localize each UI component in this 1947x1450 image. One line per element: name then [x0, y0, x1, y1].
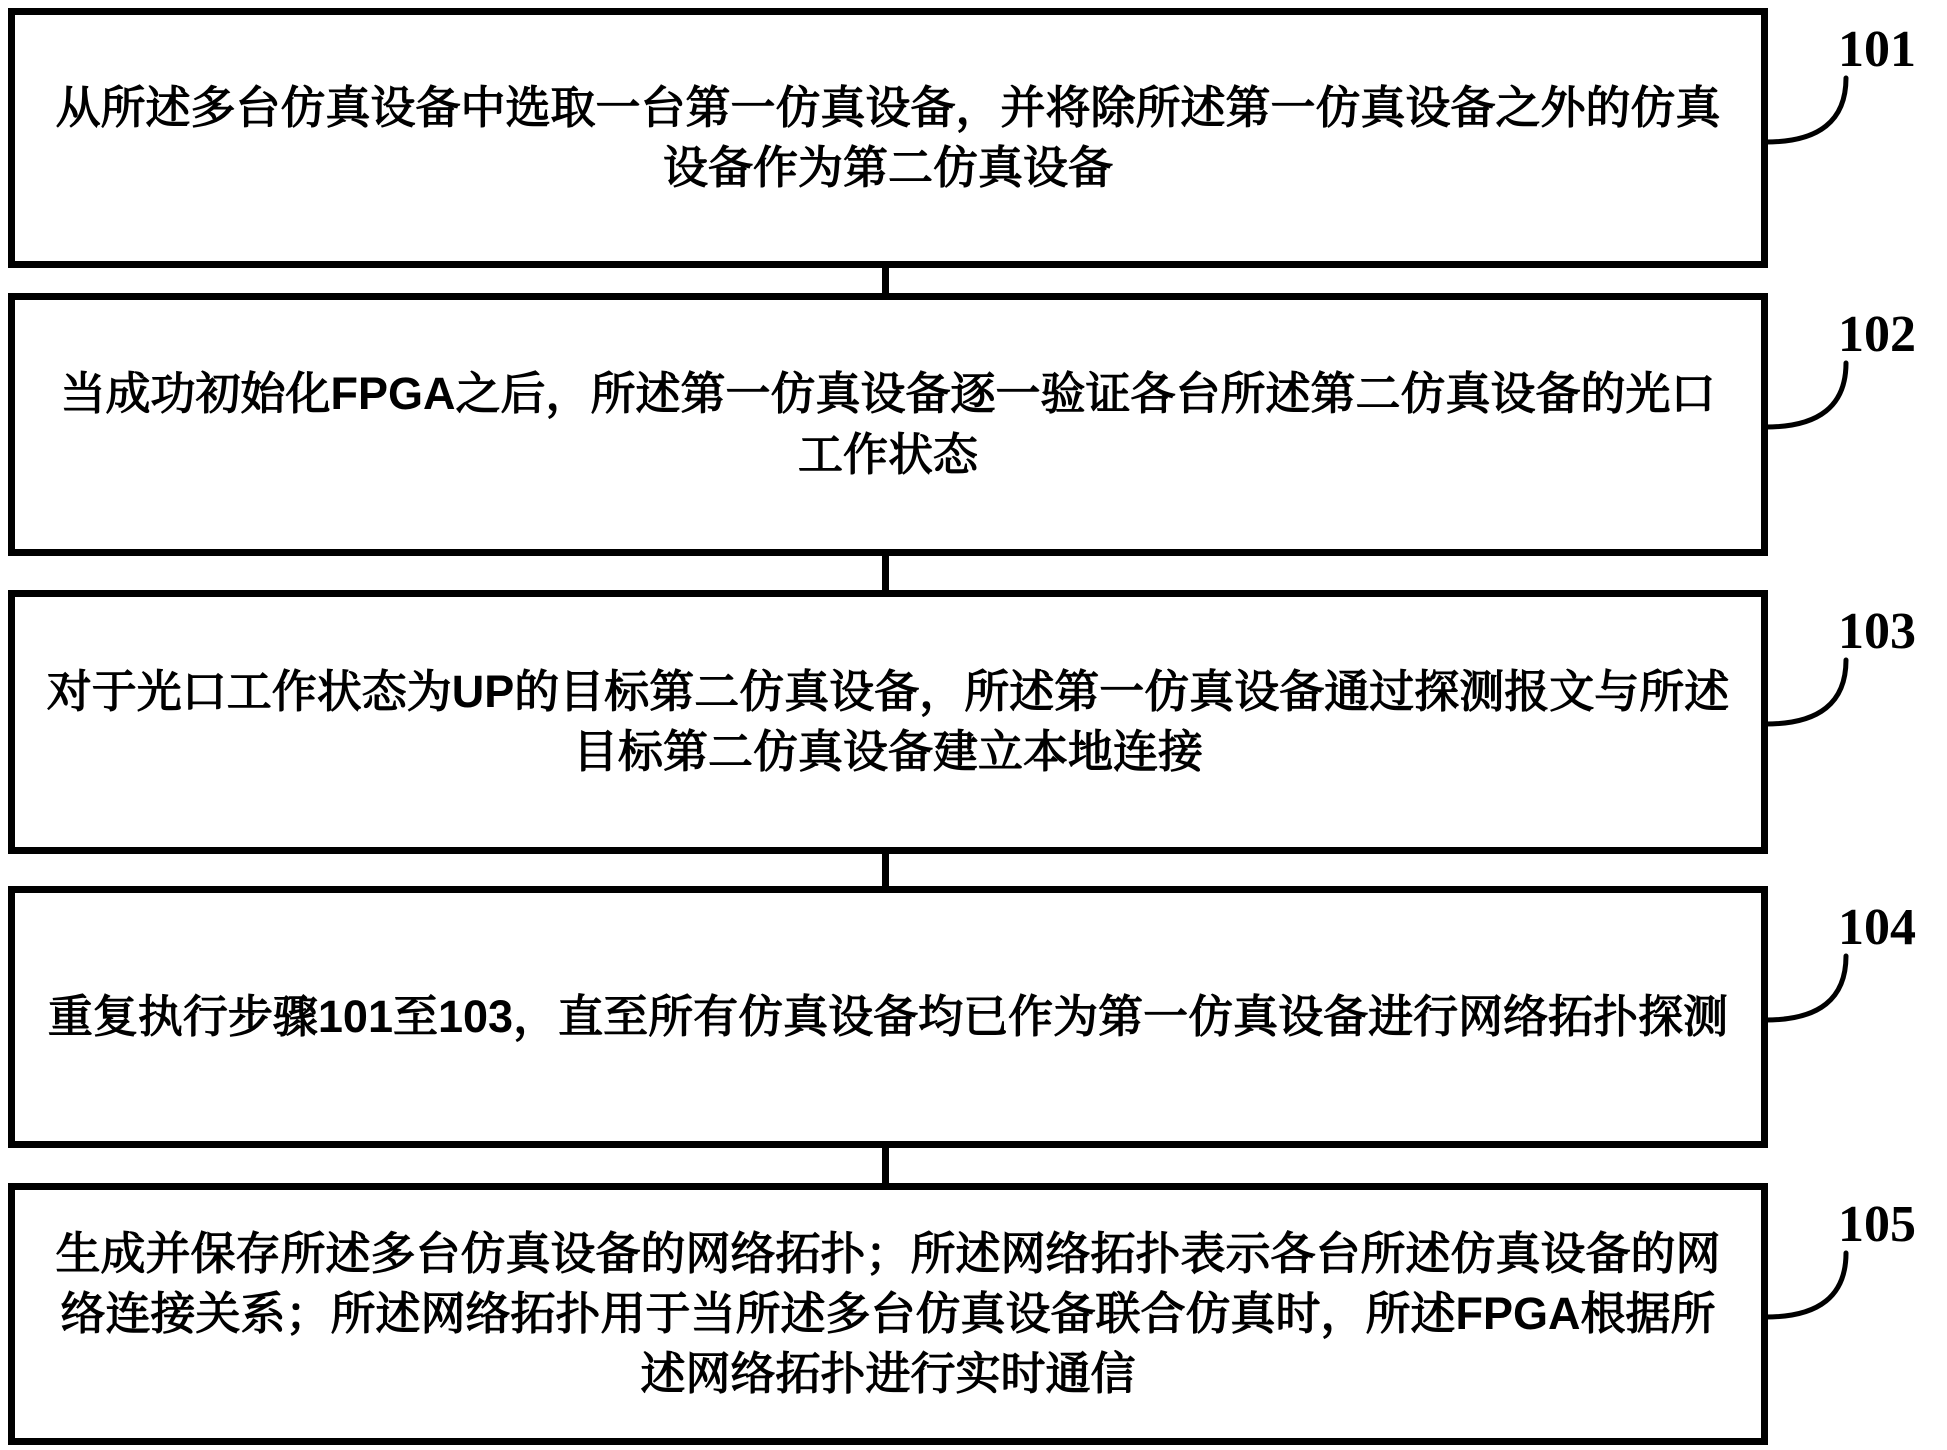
step-text-105: 生成并保存所述多台仿真设备的网络拓扑；所述网络拓扑表示各台所述仿真设备的网络连接…	[41, 1224, 1735, 1405]
step-box-102: 当成功初始化FPGA之后，所述第一仿真设备逐一验证各台所述第二仿真设备的光口工作…	[8, 293, 1768, 556]
leader-curve-102	[1766, 363, 1846, 427]
step-box-103: 对于光口工作状态为UP的目标第二仿真设备，所述第一仿真设备通过探测报文与所述目标…	[8, 590, 1768, 854]
step-box-101: 从所述多台仿真设备中选取一台第一仿真设备，并将除所述第一仿真设备之外的仿真设备作…	[8, 8, 1768, 268]
leader-curve-104	[1766, 956, 1846, 1020]
step-text-104: 重复执行步骤101至103，直至所有仿真设备均已作为第一仿真设备进行网络拓扑探测	[48, 987, 1728, 1047]
flowchart-figure: 从所述多台仿真设备中选取一台第一仿真设备，并将除所述第一仿真设备之外的仿真设备作…	[0, 0, 1947, 1450]
connector-line-1-2	[882, 264, 889, 297]
step-number-102: 102	[1812, 309, 1942, 361]
connector-line-2-3	[882, 552, 889, 594]
step-text-103: 对于光口工作状态为UP的目标第二仿真设备，所述第一仿真设备通过探测报文与所述目标…	[41, 662, 1735, 783]
step-text-101: 从所述多台仿真设备中选取一台第一仿真设备，并将除所述第一仿真设备之外的仿真设备作…	[41, 78, 1735, 199]
step-number-105: 105	[1812, 1199, 1942, 1251]
connector-line-4-5	[882, 1144, 889, 1187]
leader-curve-101	[1766, 78, 1846, 142]
step-box-104: 重复执行步骤101至103，直至所有仿真设备均已作为第一仿真设备进行网络拓扑探测	[8, 886, 1768, 1148]
connector-line-3-4	[882, 850, 889, 890]
step-box-105: 生成并保存所述多台仿真设备的网络拓扑；所述网络拓扑表示各台所述仿真设备的网络连接…	[8, 1183, 1768, 1445]
step-number-103: 103	[1812, 606, 1942, 658]
leader-curve-103	[1766, 660, 1846, 724]
step-number-104: 104	[1812, 902, 1942, 954]
step-number-101: 101	[1812, 24, 1942, 76]
step-text-102: 当成功初始化FPGA之后，所述第一仿真设备逐一验证各台所述第二仿真设备的光口工作…	[41, 364, 1735, 485]
leader-curve-105	[1766, 1253, 1846, 1317]
